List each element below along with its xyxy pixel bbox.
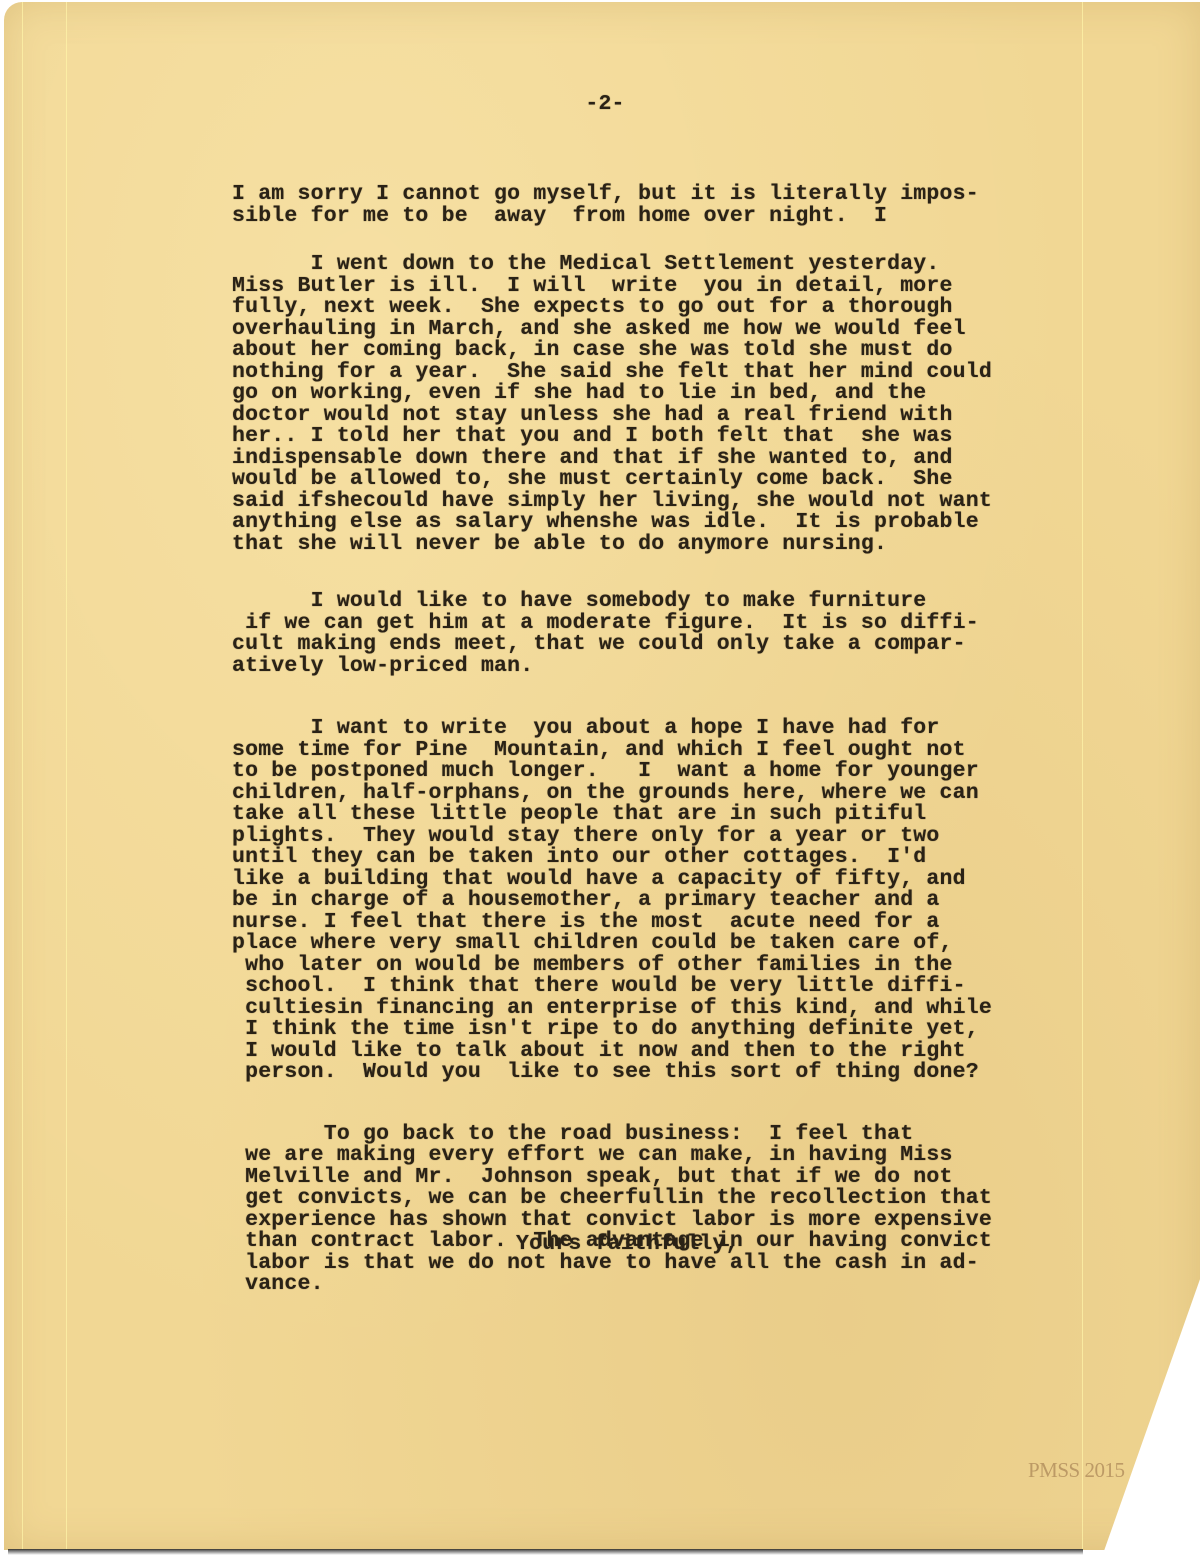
text-line: I would like to talk about it now and th… [232, 1041, 1112, 1063]
text-line: Miss Butler is ill. I will write you in … [232, 276, 1112, 298]
archive-watermark: PMSS 2015 [1028, 1458, 1124, 1483]
text-line: experience has shown that convict labor … [232, 1210, 1112, 1232]
text-line: person. Would you like to see this sort … [232, 1062, 1112, 1084]
text-line: about her coming back, in case she was t… [232, 340, 1112, 362]
text-line: anything else as salary whenshe was idle… [232, 512, 1112, 534]
text-line: I want to write you about a hope I have … [232, 718, 1112, 740]
text-line: until they can be taken into our other c… [232, 847, 1112, 869]
text-line: I am sorry I cannot go myself, but it is… [232, 184, 1112, 206]
closing-salutation: Yours faithfully, [516, 1232, 739, 1256]
text-line: atively low-priced man. [232, 656, 1112, 678]
paper-fold-line [66, 2, 67, 1550]
text-line: indispensable down there and that if she… [232, 448, 1112, 470]
text-line: to be postponed much longer. I want a ho… [232, 761, 1112, 783]
text-line: Melville and Mr. Johnson speak, but that… [232, 1167, 1112, 1189]
text-line: doctor would not stay unless she had a r… [232, 405, 1112, 427]
text-line: her.. I told her that you and I both fel… [232, 426, 1112, 448]
text-line: children, half-orphans, on the grounds h… [232, 783, 1112, 805]
text-line: if we can get him at a moderate figure. … [232, 613, 1112, 635]
text-line: be in charge of a housemother, a primary… [232, 890, 1112, 912]
text-line: nurse. I feel that there is the most acu… [232, 912, 1112, 934]
text-line: said ifshecould have simply her living, … [232, 491, 1112, 513]
text-line: To go back to the road business: I feel … [232, 1124, 1112, 1146]
text-line: get convicts, we can be cheerfullin the … [232, 1188, 1112, 1210]
text-line: overhauling in March, and she asked me h… [232, 319, 1112, 341]
text-line: that she will never be able to do anymor… [232, 534, 1112, 556]
text-line: fully, next week. She expects to go out … [232, 297, 1112, 319]
text-line: vance. [232, 1274, 1112, 1296]
paragraph-2: I went down to the Medical Settlement ye… [232, 254, 1112, 555]
paragraph-3: I would like to have somebody to make fu… [232, 591, 1112, 677]
text-line: would be allowed to, she must certainly … [232, 469, 1112, 491]
letter-body: I am sorry I cannot go myself, but it is… [232, 184, 1112, 1296]
page-number: -2- [0, 92, 1200, 116]
paragraph-5: To go back to the road business: I feel … [232, 1124, 1112, 1296]
text-line: place where very small children could be… [232, 933, 1112, 955]
paper-fold-line [22, 2, 23, 1550]
text-line: sible for me to be away from home over n… [232, 206, 1112, 228]
text-line: cultiesin financing an enterprise of thi… [232, 998, 1112, 1020]
text-line: I would like to have somebody to make fu… [232, 591, 1112, 613]
text-line: who later on would be members of other f… [232, 955, 1112, 977]
text-line: take all these little people that are in… [232, 804, 1112, 826]
text-line: go on working, even if she had to lie in… [232, 383, 1112, 405]
text-line: some time for Pine Mountain, and which I… [232, 740, 1112, 762]
page-edge-shadow [8, 1549, 1083, 1555]
text-line: I think the time isn't ripe to do anythi… [232, 1019, 1112, 1041]
text-line: plights. They would stay there only for … [232, 826, 1112, 848]
text-line: cult making ends meet, that we could onl… [232, 634, 1112, 656]
text-line: nothing for a year. She said she felt th… [232, 362, 1112, 384]
text-line: school. I think that there would be very… [232, 976, 1112, 998]
paragraph-1: I am sorry I cannot go myself, but it is… [232, 184, 1112, 227]
text-line: we are making every effort we can make, … [232, 1145, 1112, 1167]
text-line: like a building that would have a capaci… [232, 869, 1112, 891]
text-line: I went down to the Medical Settlement ye… [232, 254, 1112, 276]
paragraph-4: I want to write you about a hope I have … [232, 718, 1112, 1084]
